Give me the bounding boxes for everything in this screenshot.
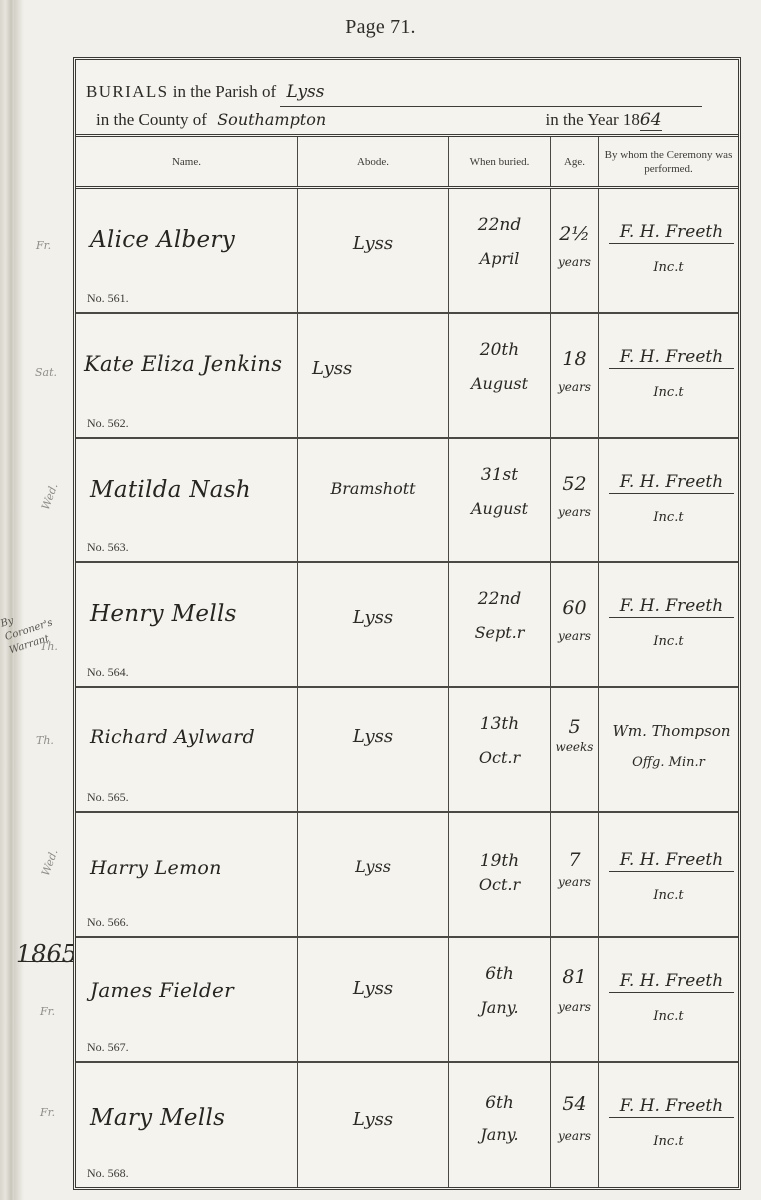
officiant-title: Inc.t [599, 261, 738, 275]
age-cell: 7 years [551, 813, 599, 936]
age-unit: years [551, 255, 598, 269]
column-header-officiant: By whom the Ceremony was performed. [599, 137, 738, 186]
officiant-name: Wm. Thompson [609, 724, 734, 742]
when-buried-cell: 19th Oct.r [449, 813, 551, 936]
age-unit: years [551, 875, 598, 889]
officiant-title: Inc.t [599, 386, 738, 400]
burial-day: 13th [449, 714, 550, 734]
register-entries: Alice Albery No. 561. Lyss 22nd April 2½… [76, 189, 738, 1187]
age-value: 60 [551, 597, 598, 619]
officiant-cell: F. H. Freeth Inc.t [599, 189, 738, 312]
name-cell: Mary Mells No. 568. [76, 1063, 298, 1188]
parish-value: Lyss [280, 78, 702, 107]
page-number-title: Page 71. [0, 16, 761, 39]
age-unit: years [551, 1000, 598, 1014]
name-cell: Kate Eliza Jenkins No. 562. [76, 314, 298, 437]
when-buried-cell: 20th August [449, 314, 551, 437]
margin-note-566: Wed. [39, 847, 61, 877]
when-buried-cell: 13th Oct.r [449, 688, 551, 811]
burial-month: Oct.r [449, 748, 550, 767]
name-cell: Richard Aylward No. 565. [76, 688, 298, 811]
burial-day: 19th [449, 851, 550, 871]
burial-month: August [449, 499, 550, 518]
burial-day: 6th [449, 964, 550, 984]
abode-cell: Lyss [298, 189, 449, 312]
column-header-abode: Abode. [298, 137, 449, 186]
officiant-title: Offg. Min.r [599, 756, 738, 770]
age-cell: 5 weeks [551, 688, 599, 811]
year-label: in the Year 18 [545, 110, 639, 129]
burial-day: 22nd [449, 589, 550, 609]
officiant-name: F. H. Freeth [609, 974, 734, 993]
book-binding-gutter [0, 0, 14, 1200]
age-unit: years [551, 1129, 598, 1143]
burial-day: 6th [449, 1093, 550, 1113]
margin-note-564-day: Th. [40, 640, 58, 653]
parish-label: in the Parish of [173, 82, 276, 101]
burial-day: 31st [449, 465, 550, 485]
burial-day: 22nd [449, 215, 550, 235]
when-buried-cell: 6th Jany. [449, 938, 551, 1061]
age-value: 5 [551, 716, 598, 738]
abode-cell: Lyss [298, 1063, 449, 1188]
abode-value: Lyss [312, 358, 448, 379]
entry-number: No. 562. [87, 416, 129, 431]
heading-parish-line: BURIALS in the Parish of Lyss [86, 78, 738, 106]
officiant-name: F. H. Freeth [609, 350, 734, 369]
deceased-name: Richard Aylward [90, 726, 255, 748]
burial-day: 20th [449, 340, 550, 360]
abode-value: Lyss [298, 857, 448, 876]
entry-number: No. 564. [87, 665, 129, 680]
entry-number: No. 566. [87, 915, 129, 930]
when-buried-cell: 31st August [449, 439, 551, 562]
officiant-cell: F. H. Freeth Inc.t [599, 938, 738, 1061]
age-value: 54 [551, 1093, 598, 1115]
when-buried-cell: 6th Jany. [449, 1063, 551, 1188]
burial-month: April [449, 249, 550, 268]
entry-number: No. 563. [87, 540, 129, 555]
officiant-title: Inc.t [599, 1010, 738, 1024]
entry-number: No. 565. [87, 790, 129, 805]
table-row: Alice Albery No. 561. Lyss 22nd April 2½… [76, 189, 738, 314]
officiant-name: F. H. Freeth [609, 475, 734, 494]
officiant-cell: F. H. Freeth Inc.t [599, 1063, 738, 1188]
name-cell: James Fielder No. 567. [76, 938, 298, 1061]
officiant-title: Inc.t [599, 635, 738, 649]
deceased-name: Alice Albery [90, 227, 235, 253]
table-row: Henry Mells No. 564. Lyss 22nd Sept.r 60… [76, 563, 738, 688]
age-unit: weeks [551, 740, 598, 754]
name-cell: Henry Mells No. 564. [76, 563, 298, 686]
county-label: in the County of [96, 110, 207, 129]
age-value: 18 [551, 348, 598, 370]
officiant-name: F. H. Freeth [609, 1099, 734, 1118]
age-value: 2½ [551, 223, 598, 245]
abode-value: Lyss [298, 607, 448, 628]
name-cell: Alice Albery No. 561. [76, 189, 298, 312]
table-row: Matilda Nash No. 563. Bramshott 31st Aug… [76, 439, 738, 564]
burial-month: August [449, 374, 550, 393]
margin-note-567: Fr. [40, 1005, 55, 1018]
burial-month: Sept.r [449, 623, 550, 642]
age-value: 7 [551, 849, 598, 871]
deceased-name: Mary Mells [90, 1105, 225, 1131]
abode-value: Lyss [298, 978, 448, 999]
abode-cell: Lyss [298, 688, 449, 811]
abode-cell: Lyss [298, 314, 449, 437]
age-unit: years [551, 505, 598, 519]
age-unit: years [551, 629, 598, 643]
age-cell: 60 years [551, 563, 599, 686]
margin-note-561: Fr. [36, 239, 51, 252]
age-value: 52 [551, 473, 598, 495]
table-row: Richard Aylward No. 565. Lyss 13th Oct.r… [76, 688, 738, 813]
officiant-cell: F. H. Freeth Inc.t [599, 314, 738, 437]
abode-value: Bramshott [298, 479, 448, 498]
margin-note-562: Sat. [35, 366, 57, 379]
table-row: James Fielder No. 567. Lyss 6th Jany. 81… [76, 938, 738, 1063]
name-cell: Harry Lemon No. 566. [76, 813, 298, 936]
age-cell: 18 years [551, 314, 599, 437]
column-headers: Name. Abode. When buried. Age. By whom t… [76, 137, 738, 189]
officiant-cell: F. H. Freeth Inc.t [599, 813, 738, 936]
deceased-name: Harry Lemon [90, 857, 222, 879]
table-row: Harry Lemon No. 566. Lyss 19th Oct.r 7 y… [76, 813, 738, 938]
age-cell: 54 years [551, 1063, 599, 1188]
entry-number: No. 568. [87, 1166, 129, 1181]
burial-month: Oct.r [449, 875, 550, 894]
entry-number: No. 561. [87, 291, 129, 306]
year-value: 64 [640, 110, 662, 131]
officiant-title: Inc.t [599, 1135, 738, 1149]
officiant-cell: F. H. Freeth Inc.t [599, 439, 738, 562]
age-value: 81 [551, 966, 598, 988]
age-cell: 81 years [551, 938, 599, 1061]
burial-register-table: BURIALS in the Parish of Lyss in the Cou… [73, 57, 741, 1190]
deceased-name: Kate Eliza Jenkins [84, 352, 282, 376]
age-cell: 2½ years [551, 189, 599, 312]
gutter-shadow [14, 0, 24, 1200]
deceased-name: Matilda Nash [90, 477, 251, 503]
burial-month: Jany. [449, 1125, 550, 1144]
officiant-name: F. H. Freeth [609, 225, 734, 244]
table-row: Kate Eliza Jenkins No. 562. Lyss 20th Au… [76, 314, 738, 439]
table-row: Mary Mells No. 568. Lyss 6th Jany. 54 ye… [76, 1063, 738, 1188]
column-header-age: Age. [551, 137, 599, 186]
age-cell: 52 years [551, 439, 599, 562]
deceased-name: Henry Mells [90, 601, 237, 627]
entry-number: No. 567. [87, 1040, 129, 1055]
deceased-name: James Fielder [90, 978, 234, 1002]
when-buried-cell: 22nd April [449, 189, 551, 312]
register-heading: BURIALS in the Parish of Lyss in the Cou… [76, 60, 738, 137]
margin-note-563: Wed. [39, 481, 61, 511]
abode-cell: Lyss [298, 563, 449, 686]
abode-cell: Lyss [298, 813, 449, 936]
officiant-name: F. H. Freeth [609, 599, 734, 618]
abode-value: Lyss [298, 233, 448, 254]
margin-note-565: Th. [36, 734, 54, 747]
age-unit: years [551, 380, 598, 394]
margin-note-568: Fr. [40, 1106, 55, 1119]
name-cell: Matilda Nash No. 563. [76, 439, 298, 562]
officiant-cell: F. H. Freeth Inc.t [599, 563, 738, 686]
officiant-name: F. H. Freeth [609, 853, 734, 872]
abode-value: Lyss [298, 1109, 448, 1130]
abode-cell: Lyss [298, 938, 449, 1061]
abode-cell: Bramshott [298, 439, 449, 562]
officiant-title: Inc.t [599, 511, 738, 525]
column-header-name: Name. [76, 137, 298, 186]
burial-month: Jany. [449, 998, 550, 1017]
margin-year-note: 1865 [16, 940, 77, 968]
heading-county-line: in the County of Southampton in the Year… [86, 106, 738, 134]
abode-value: Lyss [298, 726, 448, 747]
burials-label: BURIALS [86, 82, 169, 101]
when-buried-cell: 22nd Sept.r [449, 563, 551, 686]
officiant-cell: Wm. Thompson Offg. Min.r [599, 688, 738, 811]
column-header-when-buried: When buried. [449, 137, 551, 186]
officiant-title: Inc.t [599, 889, 738, 903]
county-value: Southampton [211, 106, 541, 135]
